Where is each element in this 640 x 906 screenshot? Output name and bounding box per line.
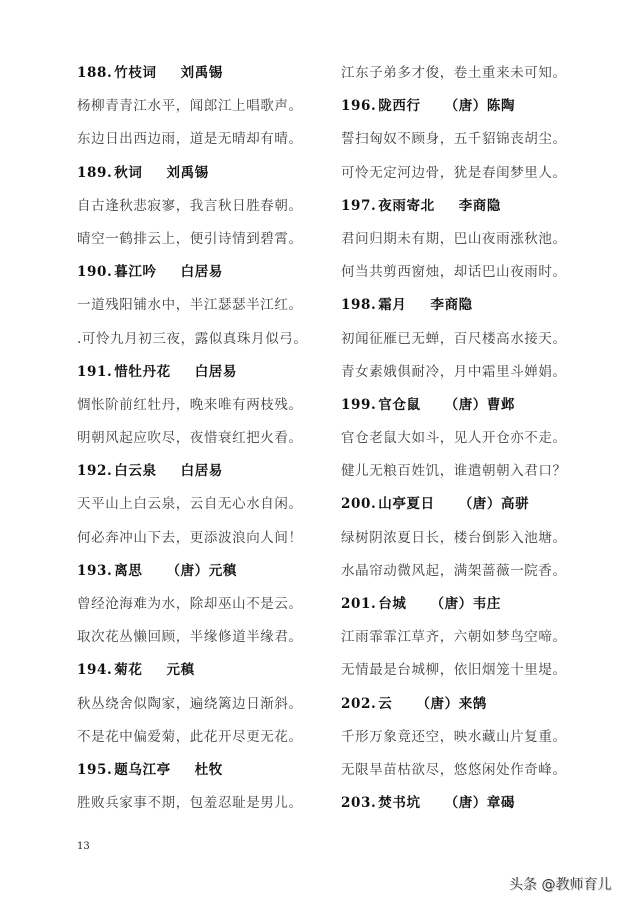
poem-title-line: 194.菊花元稹	[77, 654, 327, 687]
poem-verse-line: .可怜九月初三夜，露似真珠月似弓。	[77, 323, 327, 356]
poem-author: 白居易	[181, 463, 223, 479]
poem-title: 夜雨寄北	[378, 198, 434, 214]
poem-number: 201.	[341, 596, 376, 612]
poem-number: 199.	[341, 397, 376, 413]
poem-title-line: 190.暮江吟白居易	[77, 256, 327, 289]
poem-number: 192.	[77, 463, 112, 479]
poem-verse-line: 初闻征雁已无蝉，百尺楼高水接天。	[341, 323, 601, 356]
poem-verse-line: 东边日出西边雨，道是无晴却有晴。	[77, 123, 327, 156]
poem-number: 200.	[341, 496, 376, 512]
poem-title-line: 203.焚书坑（唐）章碣	[341, 787, 601, 820]
poem-verse-line: 官仓老鼠大如斗，见人开仓亦不走。	[341, 422, 601, 455]
poem-title-line: 191.惜牡丹花白居易	[77, 356, 327, 389]
poem-number: 203.	[341, 795, 376, 811]
poem-verse-line: 曾经沧海难为水，除却巫山不是云。	[77, 588, 327, 621]
poem-title-line: 200.山亭夏日（唐）高骈	[341, 488, 601, 521]
poem-author: 刘禹锡	[166, 165, 208, 181]
poem-verse-line: 千形万象竟还空，映水藏山片复重。	[341, 721, 601, 754]
poem-title: 台城	[378, 596, 406, 612]
poem-verse-line: 可怜无定河边骨，犹是春闺梦里人。	[341, 157, 601, 190]
poem-verse-line: 惆怅阶前红牡丹，晚来唯有两枝残。	[77, 389, 327, 422]
poem-verse-line: 晴空一鹤排云上，便引诗情到碧霄。	[77, 223, 327, 256]
poem-author: （唐）章碣	[445, 795, 516, 811]
poem-number: 195.	[77, 762, 112, 778]
poem-author: 李商隐	[430, 297, 472, 313]
poem-verse-line: 明朝风起应吹尽，夜惜衰红把火看。	[77, 422, 327, 455]
poem-author: （唐）高骈	[459, 496, 530, 512]
poem-verse-line: 誓扫匈奴不顾身，五千貂锦丧胡尘。	[341, 123, 601, 156]
poem-title: 题乌江亭	[114, 762, 170, 778]
poem-number: 191.	[77, 364, 112, 380]
poem-number: 189.	[77, 165, 112, 181]
poem-title: 云	[378, 696, 392, 712]
poem-title: 惜牡丹花	[114, 364, 170, 380]
poem-title-line: 192.白云泉白居易	[77, 455, 327, 488]
poem-verse-line: 胜败兵家事不期，包羞忍耻是男儿。	[77, 787, 327, 820]
poem-verse-line: 君问归期未有期，巴山夜雨涨秋池。	[341, 223, 601, 256]
poem-title: 白云泉	[114, 463, 156, 479]
poem-number: 197.	[341, 198, 376, 214]
poem-title-line: 188.竹枝词刘禹锡	[77, 57, 327, 90]
poem-verse-line: 秋丛绕舍似陶家，遍绕篱边日渐斜。	[77, 688, 327, 721]
poem-title: 暮江吟	[114, 264, 156, 280]
poem-number: 190.	[77, 264, 112, 280]
poem-verse-line: 绿树阴浓夏日长，楼台倒影入池塘。	[341, 522, 601, 555]
poem-verse-line: 无情最是台城柳，依旧烟笼十里堤。	[341, 654, 601, 687]
poem-number: 188.	[77, 65, 112, 81]
poem-author: 刘禹锡	[181, 65, 223, 81]
poem-title: 焚书坑	[378, 795, 420, 811]
poem-author: （唐）陈陶	[445, 98, 516, 114]
poem-author: 白居易	[195, 364, 237, 380]
poem-number: 196.	[341, 98, 376, 114]
poem-author: 元稹	[166, 662, 194, 678]
poem-author: 白居易	[181, 264, 223, 280]
poem-author: （唐）曹邺	[445, 397, 516, 413]
poem-verse-line: 天平山上白云泉，云自无心水自闲。	[77, 488, 327, 521]
poem-number: 202.	[341, 696, 376, 712]
poem-title: 官仓鼠	[378, 397, 420, 413]
poem-title-line: 199.官仓鼠（唐）曹邺	[341, 389, 601, 422]
poem-verse-line: 水晶帘动微风起，满架蔷薇一院香。	[341, 555, 601, 588]
poem-author: （唐）来鹄	[416, 696, 487, 712]
poem-title-line: 202.云（唐）来鹄	[341, 688, 601, 721]
poem-verse-line: 江东子弟多才俊，卷土重来未可知。	[341, 57, 601, 90]
poem-verse-line: 自古逢秋悲寂寥，我言秋日胜春朝。	[77, 190, 327, 223]
poem-title: 菊花	[114, 662, 142, 678]
poem-number: 194.	[77, 662, 112, 678]
poem-title-line: 196.陇西行（唐）陈陶	[341, 90, 601, 123]
poem-author: （唐）韦庄	[430, 596, 501, 612]
poem-verse-line: 何必奔冲山下去，更添波浪向人间！	[77, 522, 327, 555]
right-column: 江东子弟多才俊，卷土重来未可知。196.陇西行（唐）陈陶誓扫匈奴不顾身，五千貂锦…	[341, 57, 601, 820]
left-column: 188.竹枝词刘禹锡杨柳青青江水平，闻郎江上唱歌声。东边日出西边雨，道是无晴却有…	[77, 57, 327, 820]
poem-verse-line: 杨柳青青江水平，闻郎江上唱歌声。	[77, 90, 327, 123]
poem-author: （唐）元稹	[166, 563, 237, 579]
poem-title: 霜月	[378, 297, 406, 313]
poem-title-line: 193.离思（唐）元稹	[77, 555, 327, 588]
poem-verse-line: 健儿无粮百姓饥，谁遣朝朝入君口？	[341, 455, 601, 488]
poem-title: 秋词	[114, 165, 142, 181]
poem-title-line: 197.夜雨寄北李商隐	[341, 190, 601, 223]
poem-title-line: 198.霜月李商隐	[341, 289, 601, 322]
poem-title-line: 189.秋词刘禹锡	[77, 157, 327, 190]
poem-verse-line: 无限旱苗枯欲尽，悠悠闲处作奇峰。	[341, 754, 601, 787]
poem-title: 陇西行	[378, 98, 420, 114]
poem-verse-line: 何当共剪西窗烛，却话巴山夜雨时。	[341, 256, 601, 289]
poem-title-line: 195.题乌江亭杜牧	[77, 754, 327, 787]
poem-verse-line: 青女素娥俱耐冷，月中霜里斗婵娟。	[341, 356, 601, 389]
poem-number: 193.	[77, 563, 112, 579]
poem-verse-line: 江雨霏霏江草齐，六朝如梦鸟空啼。	[341, 621, 601, 654]
poem-author: 杜牧	[195, 762, 223, 778]
poem-title: 离思	[114, 563, 142, 579]
page-number: 13	[77, 841, 90, 852]
poem-title: 竹枝词	[114, 65, 156, 81]
poem-title: 山亭夏日	[378, 496, 434, 512]
poem-verse-line: 不是花中偏爱菊，此花开尽更无花。	[77, 721, 327, 754]
poem-author: 李商隐	[459, 198, 501, 214]
poem-verse-line: 取次花丛懒回顾，半缘修道半缘君。	[77, 621, 327, 654]
poem-verse-line: 一道残阳铺水中，半江瑟瑟半江红。	[77, 289, 327, 322]
poem-number: 198.	[341, 297, 376, 313]
poem-title-line: 201.台城（唐）韦庄	[341, 588, 601, 621]
watermark: 头条 @教师育儿	[509, 874, 611, 894]
